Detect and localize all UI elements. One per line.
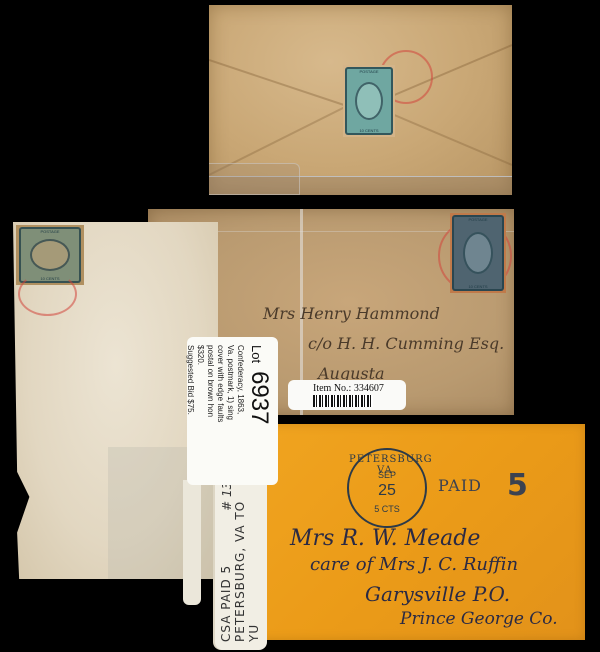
portrait-oval bbox=[355, 82, 383, 120]
lot-label: Lot 6937 Confederacy, 1863, Va. postmark… bbox=[187, 337, 278, 485]
postmark-rate: 5 CTS bbox=[349, 504, 425, 514]
stamp-label-top: POSTAGE bbox=[468, 217, 487, 222]
postmark-day: 25 bbox=[349, 482, 425, 500]
address-line-1: Mrs Henry Hammond bbox=[263, 304, 440, 323]
address-line-1: Mrs R. W. Meade bbox=[290, 526, 480, 551]
portrait-oval bbox=[30, 239, 70, 271]
sleeve-tab bbox=[209, 163, 300, 195]
lot-number: 6937 bbox=[245, 371, 273, 424]
lot-desc-line: postal on brown hon bbox=[205, 345, 215, 477]
lot-word: Lot bbox=[249, 345, 264, 363]
stamp-label-top: POSTAGE bbox=[40, 229, 59, 234]
stamp-label-bottom: 10 CENTS bbox=[359, 128, 378, 133]
cover-top-back: POSTAGE10 CENTS bbox=[209, 5, 512, 195]
address-line-4: Prince George Co. bbox=[400, 609, 558, 629]
paid-handstamp: PAID bbox=[438, 476, 482, 495]
rate-numeral: 5 bbox=[507, 468, 528, 503]
barcode bbox=[313, 395, 373, 407]
red-postmark bbox=[18, 272, 77, 316]
lot-desc-line: Va. postmark, 1) sing bbox=[225, 345, 235, 477]
address-line-3: Garysville P.O. bbox=[365, 582, 510, 606]
postmark-month: SEP bbox=[349, 470, 425, 480]
lot-desc-line: Suggested Bid $75. bbox=[185, 345, 195, 477]
lot-desc-line: $320. bbox=[195, 345, 205, 477]
stamp-label-top: POSTAGE bbox=[359, 69, 378, 74]
lot-desc-line: cover with edge faults bbox=[215, 345, 225, 477]
item-number: Item No.: 334607 bbox=[313, 383, 384, 394]
lot-desc-line: Confederacy, 1863, bbox=[235, 345, 245, 477]
petersburg-cds: PETERSBURG VA. SEP 25 5 CTS bbox=[347, 448, 427, 528]
item-number-label: Item No.: 334607 bbox=[288, 380, 406, 410]
stamp-label-bottom: 10 CENTS bbox=[468, 284, 487, 289]
stamp-top: POSTAGE10 CENTS bbox=[343, 65, 395, 137]
portrait-oval bbox=[463, 232, 493, 274]
address-line-2: c/o H. H. Cumming Esq. bbox=[308, 334, 504, 353]
cover-orange: PETERSBURG VA. SEP 25 5 CTS PAID 5 Mrs R… bbox=[255, 424, 585, 640]
paper-slip bbox=[183, 480, 201, 605]
stamp-middle: POSTAGE10 CENTS bbox=[450, 213, 506, 293]
address-line-2: care of Mrs J. C. Ruffin bbox=[310, 554, 518, 575]
